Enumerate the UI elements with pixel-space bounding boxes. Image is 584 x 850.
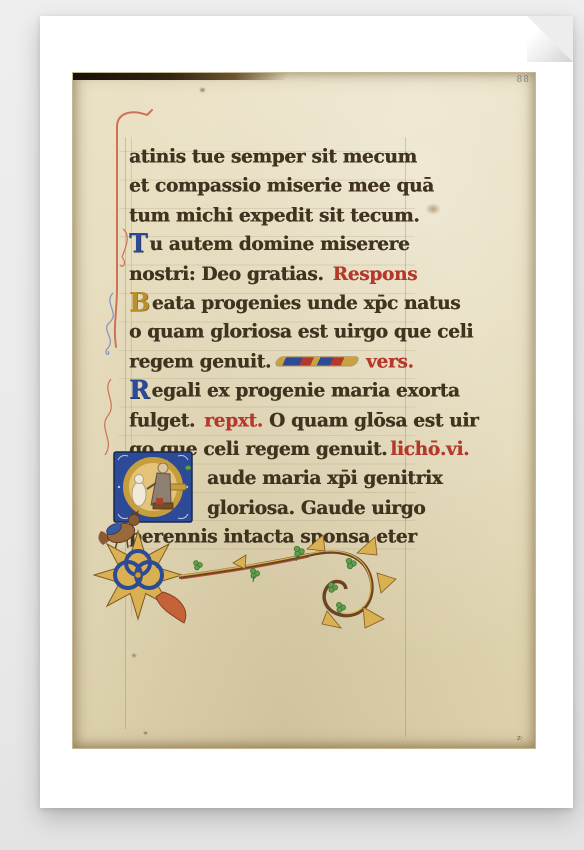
text-line: Tu autem domine miserere <box>129 231 489 260</box>
text-line: tum michi expedit sit tecum. <box>129 201 489 230</box>
rubric-text: Respons <box>330 263 418 285</box>
text-line: atinis tue semper sit mecum <box>129 143 489 172</box>
body-text: atinis tue semper sit mecum <box>129 146 417 168</box>
ivy-leaves-icon <box>194 546 357 612</box>
text-line: regem genuit.vers. <box>129 348 489 377</box>
body-text: et compassio miserie mee quā <box>129 175 434 197</box>
manuscript-page: 88 atinis tue semper sit mecumet compass… <box>72 72 536 749</box>
text-line: Beata progenies unde xp̄c natus <box>129 289 489 318</box>
body-text: nostri: Deo gratias. <box>129 263 330 285</box>
rubric-text: repxt. <box>201 409 263 431</box>
text-line: fulget. repxt. O quam glōsa est uir <box>129 406 489 435</box>
parchment-stain <box>199 87 206 93</box>
grotesque-creature-icon <box>98 510 139 550</box>
vine-ornament-icon <box>83 497 403 667</box>
text-line: nostri: Deo gratias. Respons <box>129 260 489 289</box>
margin-flourish <box>99 107 159 467</box>
parchment-stain <box>143 731 148 735</box>
body-text: u autem domine miserere <box>149 234 409 256</box>
scene: 88 atinis tue semper sit mecumet compass… <box>0 0 584 850</box>
body-text: O quam glōsa est uir <box>263 409 479 431</box>
binding-edge-shadow <box>73 73 288 80</box>
text-line: Regali ex progenie maria exorta <box>129 377 489 406</box>
body-text: eata progenies unde xp̄c natus <box>152 292 460 314</box>
penwork-flourish-icon <box>99 107 159 467</box>
print-sheet: 88 atinis tue semper sit mecumet compass… <box>40 16 573 808</box>
body-text: o quam gloriosa est uirgo que celi <box>129 322 473 344</box>
body-text: egali ex progenie maria exorta <box>151 380 459 402</box>
line-filler-ornament <box>275 357 359 365</box>
folio-number: 88 <box>517 75 530 85</box>
bottom-vine-decoration <box>83 497 403 667</box>
body-text: aude maria xp̄i genitrix <box>207 468 442 490</box>
rubric-text: lichō.vi. <box>387 439 469 461</box>
body-text: tum michi expedit sit tecum. <box>129 205 419 227</box>
corner-mark: z· <box>517 734 523 742</box>
text-line: o quam gloriosa est uirgo que celi <box>129 318 489 347</box>
text-line: et compassio miserie mee quā <box>129 172 489 201</box>
orange-leaf-icon <box>156 592 186 623</box>
rubric-text: vers. <box>363 351 414 373</box>
